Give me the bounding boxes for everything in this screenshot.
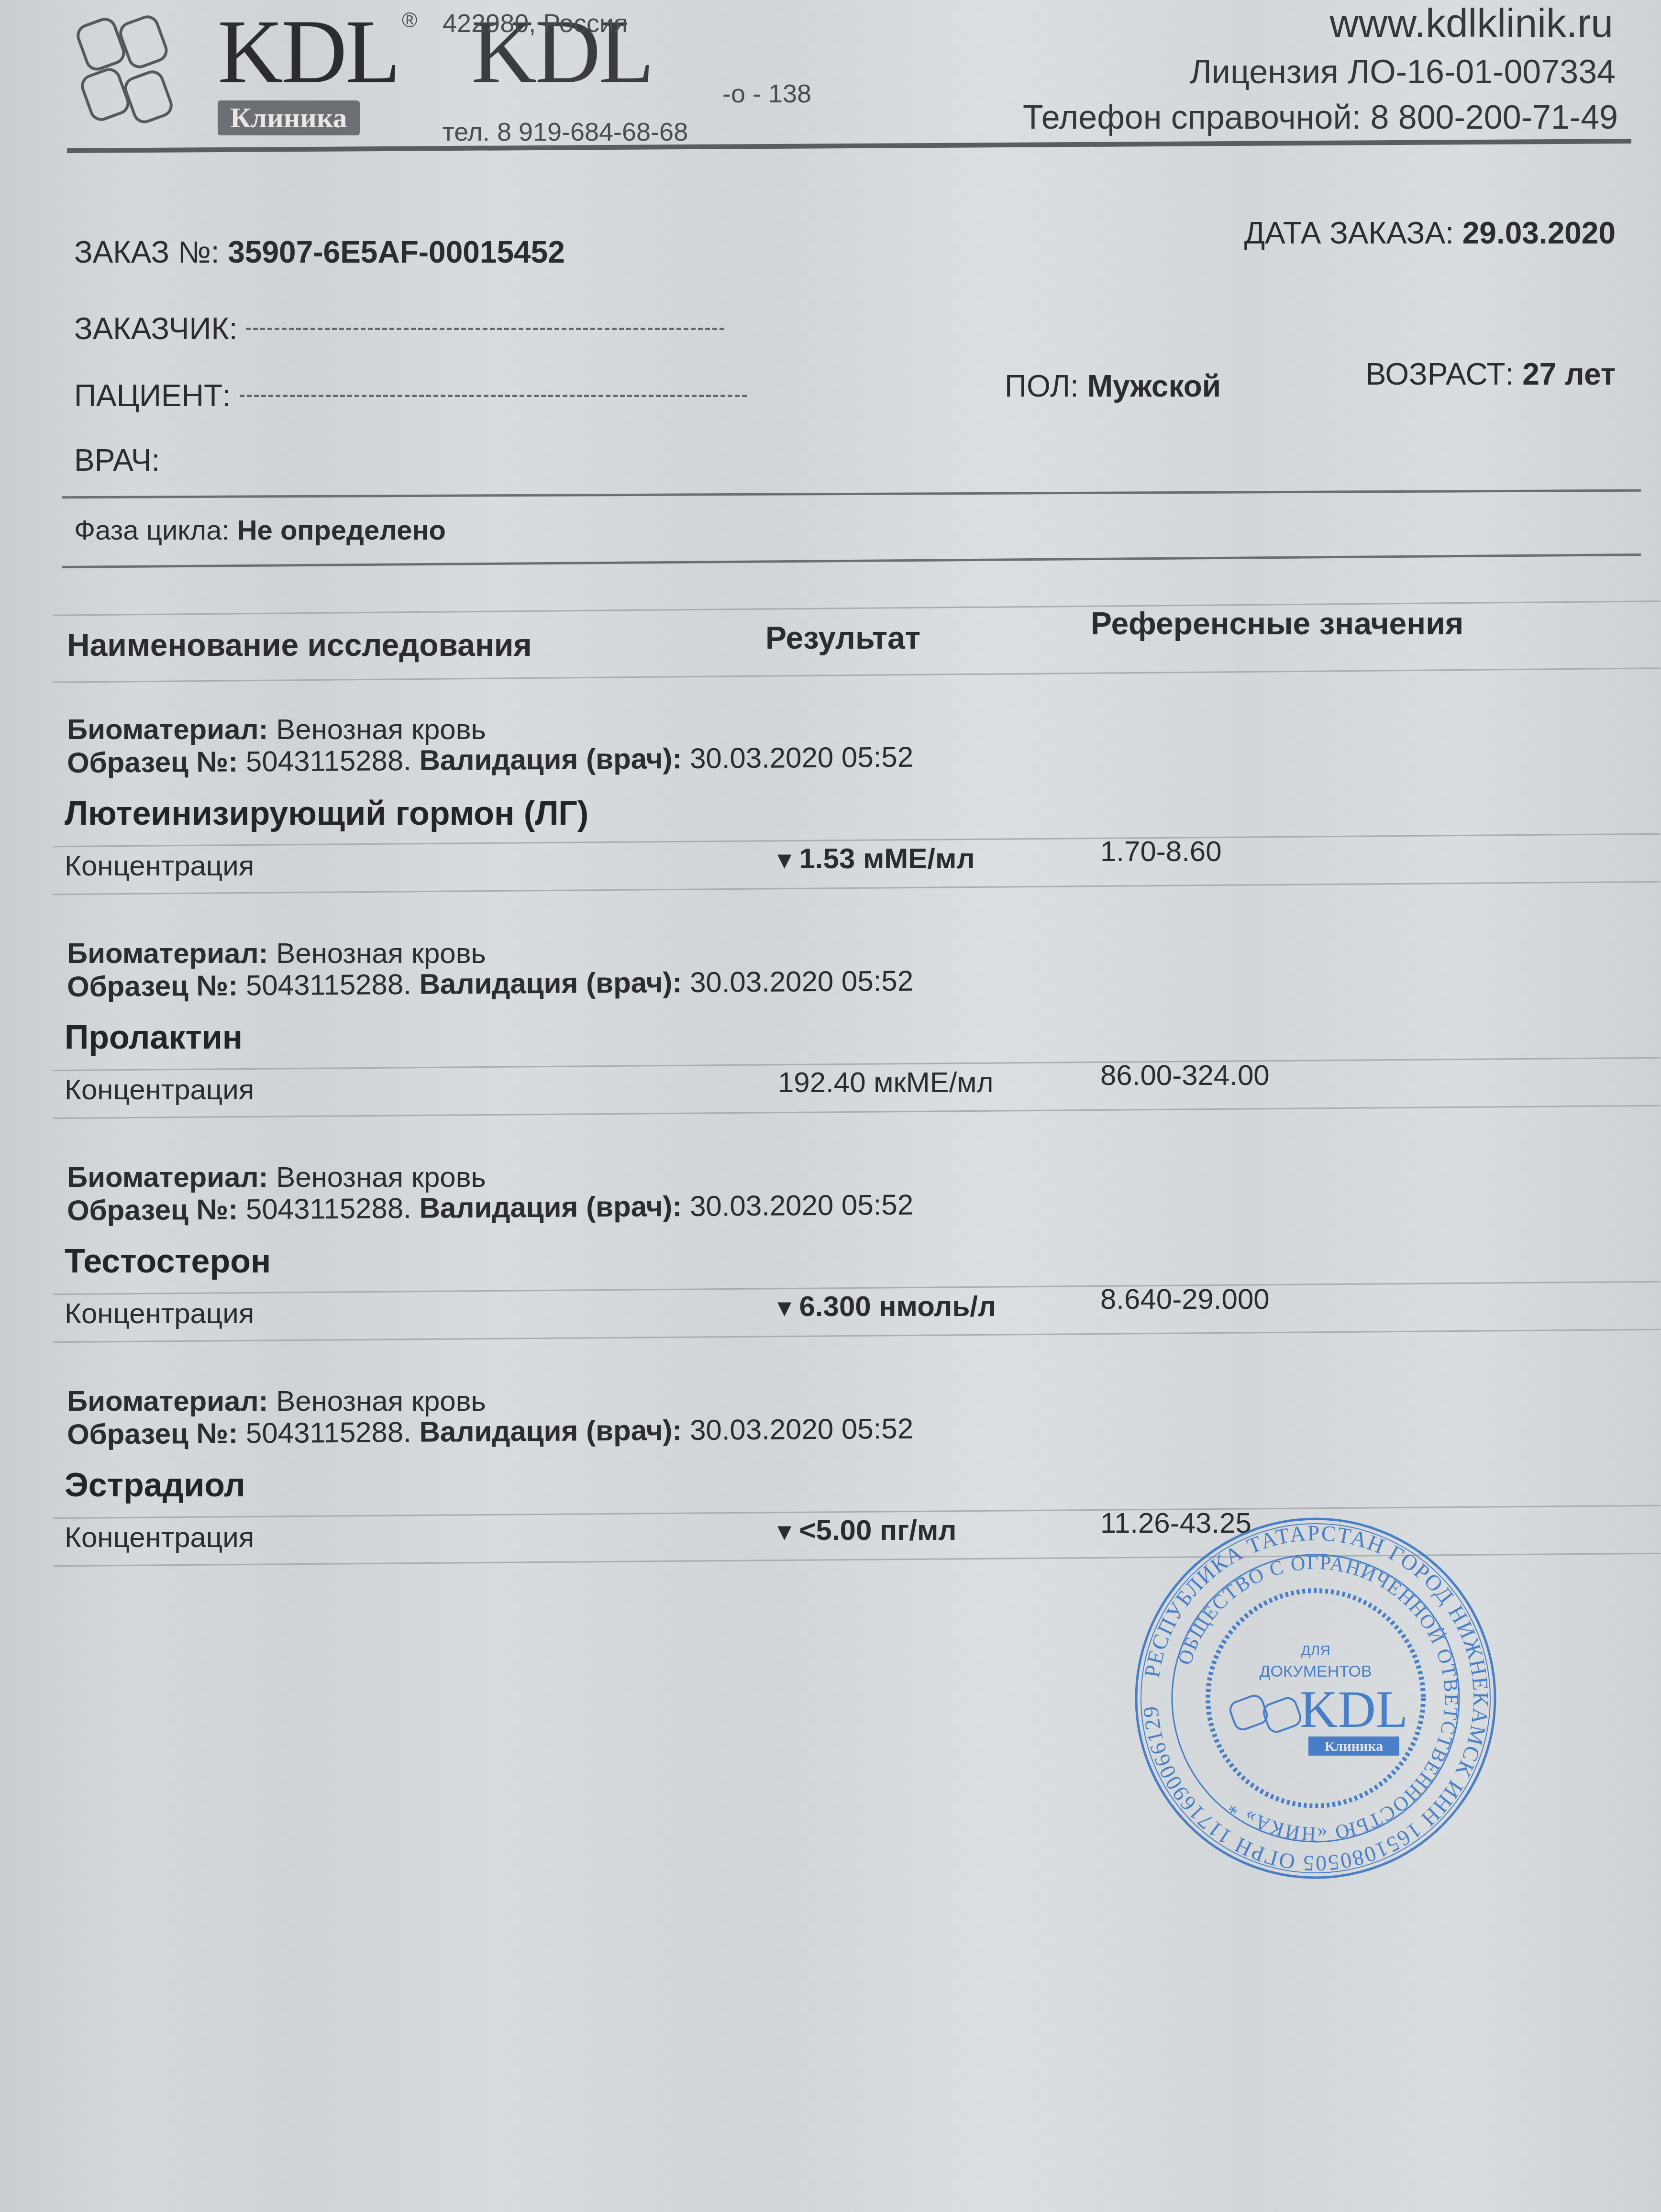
parameter-name: Концентрация [65,1073,254,1106]
header-phone: тел. 8 919-684-68-68 [443,117,688,147]
sex-field: ПОЛ: Мужской [1005,368,1221,404]
order-number-value: 35907-6E5AF-00015452 [228,235,565,269]
validation-datetime: 30.03.2020 05:52 [690,741,914,774]
sample-number: 5043115288. [246,1416,411,1449]
kdl-logo-icon [72,14,210,139]
cycle-phase-divider [62,553,1641,568]
biomaterial-label: Биоматериал: [67,937,268,969]
sex-label: ПОЛ: [1005,369,1079,403]
svg-text:ДОКУМЕНТОВ: ДОКУМЕНТОВ [1259,1662,1372,1681]
sex-value: Мужской [1087,369,1221,403]
parameter-name: Концентрация [65,1297,254,1330]
table-header-bottom-line [53,667,1660,683]
header-hotline: Телефон справочной: 8 800-200-71-49 [1023,98,1618,136]
validation-label: Валидация (врач): [419,1190,682,1224]
row-bottom-line [53,1105,1660,1119]
result-value: 192.40 мкМЕ/мл [775,1066,994,1099]
test-name: Тестостерон [65,1242,271,1280]
column-header-result: Результат [765,619,920,656]
result-text: 1.53 мМЕ/мл [799,842,975,874]
result-value: ▼<5.00 пг/мл [773,1514,956,1547]
svg-text:Клиника: Клиника [1325,1738,1383,1754]
header-license: Лицензия ЛО-16-01-007334 [1190,53,1616,91]
test-name: Пролактин [65,1018,243,1056]
validation-datetime: 30.03.2020 05:52 [690,1189,914,1222]
low-flag-icon: ▼ [773,1518,797,1545]
low-flag-icon: ▼ [773,847,797,874]
biomaterial-value: Венозная кровь [276,713,486,745]
validation-label: Валидация (врач): [419,742,682,776]
logo-text: KDL [218,0,399,104]
biomaterial-line: Биоматериал: Венозная кровь [67,713,486,746]
cycle-phase-value: Не определено [237,515,446,546]
sample-label: Образец №: [67,1194,238,1227]
validation-label: Валидация (врач): [419,966,682,1000]
column-header-reference: Референсные значения [1091,605,1463,641]
result-text: 192.40 мкМЕ/мл [778,1066,994,1098]
row-bottom-line [53,881,1660,895]
sample-label: Образец №: [67,746,238,779]
biomaterial-line: Биоматериал: Венозная кровь [67,1384,486,1417]
customer-redacted [246,328,724,335]
low-flag-icon: ▼ [773,1294,797,1321]
age-value: 27 лет [1522,357,1616,391]
svg-text:KDL: KDL [1300,1680,1408,1738]
reference-range: 8.640-29.000 [1100,1283,1270,1316]
validation-label: Валидация (врач): [419,1414,682,1448]
doctor-label: ВРАЧ: [74,443,160,477]
sample-label: Образец №: [67,970,238,1003]
registered-mark: ® [402,9,417,33]
header-divider [67,139,1631,153]
patient-field: ПАЦИЕНТ: [скрыто] [74,378,747,413]
row-bottom-line [53,1329,1660,1343]
age-field: ВОЗРАСТ: 27 лет [1366,356,1616,392]
sample-number: 5043115288. [246,1192,411,1225]
result-value: ▼6.300 нмоль/л [773,1290,996,1323]
cycle-phase: Фаза цикла: Не определено [74,514,446,546]
patient-redacted [240,395,747,402]
order-number: ЗАКАЗ №: 35907-6E5AF-00015452 [74,234,565,270]
order-date: ДАТА ЗАКАЗА: 29.03.2020 [1244,215,1616,251]
doctor-field: ВРАЧ: [74,442,160,478]
svg-text:ДЛЯ: ДЛЯ [1301,1643,1330,1659]
header-address-tail: -о - 138 [722,79,811,109]
sample-number: 5043115288. [246,968,411,1001]
sample-line: Образец №: 5043115288. Валидация (врач):… [67,741,914,779]
validation-datetime: 30.03.2020 05:52 [690,1413,914,1446]
biomaterial-line: Биоматериал: Венозная кровь [67,1161,486,1194]
sample-label: Образец №: [67,1417,238,1450]
test-name: Лютеинизирующий гормон (ЛГ) [65,794,588,832]
parameter-name: Концентрация [65,1521,254,1554]
validation-datetime: 30.03.2020 05:52 [690,965,914,998]
header-address: 422980, Россия [443,9,628,38]
biomaterial-label: Биоматериал: [67,713,268,745]
reference-range: 86.00-324.00 [1100,1059,1270,1092]
age-label: ВОЗРАСТ: [1366,357,1514,391]
sample-line: Образец №: 5043115288. Валидация (врач):… [67,964,914,1003]
column-header-name: Наименование исследования [67,627,532,663]
biomaterial-label: Биоматериал: [67,1161,268,1193]
header-website[interactable]: www.kdlklinik.ru [1329,0,1613,46]
biomaterial-label: Биоматериал: [67,1385,268,1417]
sample-line: Образец №: 5043115288. Валидация (врач):… [67,1188,914,1227]
customer-field: ЗАКАЗЧИК: [скрыто] [74,311,724,346]
official-stamp-icon: РЕСПУБЛИКА ТАТАРСТАН ГОРОД НИЖНЕКАМСК ИН… [1129,1512,1502,1885]
result-text: 6.300 нмоль/л [799,1290,997,1322]
sample-number: 5043115288. [246,744,411,777]
parameter-name: Концентрация [65,849,254,882]
result-value: ▼1.53 мМЕ/мл [773,842,975,875]
sample-line: Образец №: 5043115288. Валидация (врач):… [67,1412,914,1451]
result-text: <5.00 пг/мл [799,1514,957,1546]
order-date-value: 29.03.2020 [1462,216,1616,250]
reference-range: 1.70-8.60 [1100,835,1222,868]
order-date-label: ДАТА ЗАКАЗА: [1244,216,1454,250]
doctor-divider [62,489,1641,498]
test-name: Эстрадиол [65,1466,245,1504]
biomaterial-value: Венозная кровь [276,937,486,969]
biomaterial-line: Биоматериал: Венозная кровь [67,937,486,970]
patient-label: ПАЦИЕНТ: [74,378,231,413]
logo-badge: Клиника [218,100,360,135]
order-number-label: ЗАКАЗ №: [74,235,219,269]
customer-label: ЗАКАЗЧИК: [74,311,238,346]
biomaterial-value: Венозная кровь [276,1161,486,1193]
biomaterial-value: Венозная кровь [276,1385,486,1417]
cycle-phase-label: Фаза цикла: [74,515,230,546]
